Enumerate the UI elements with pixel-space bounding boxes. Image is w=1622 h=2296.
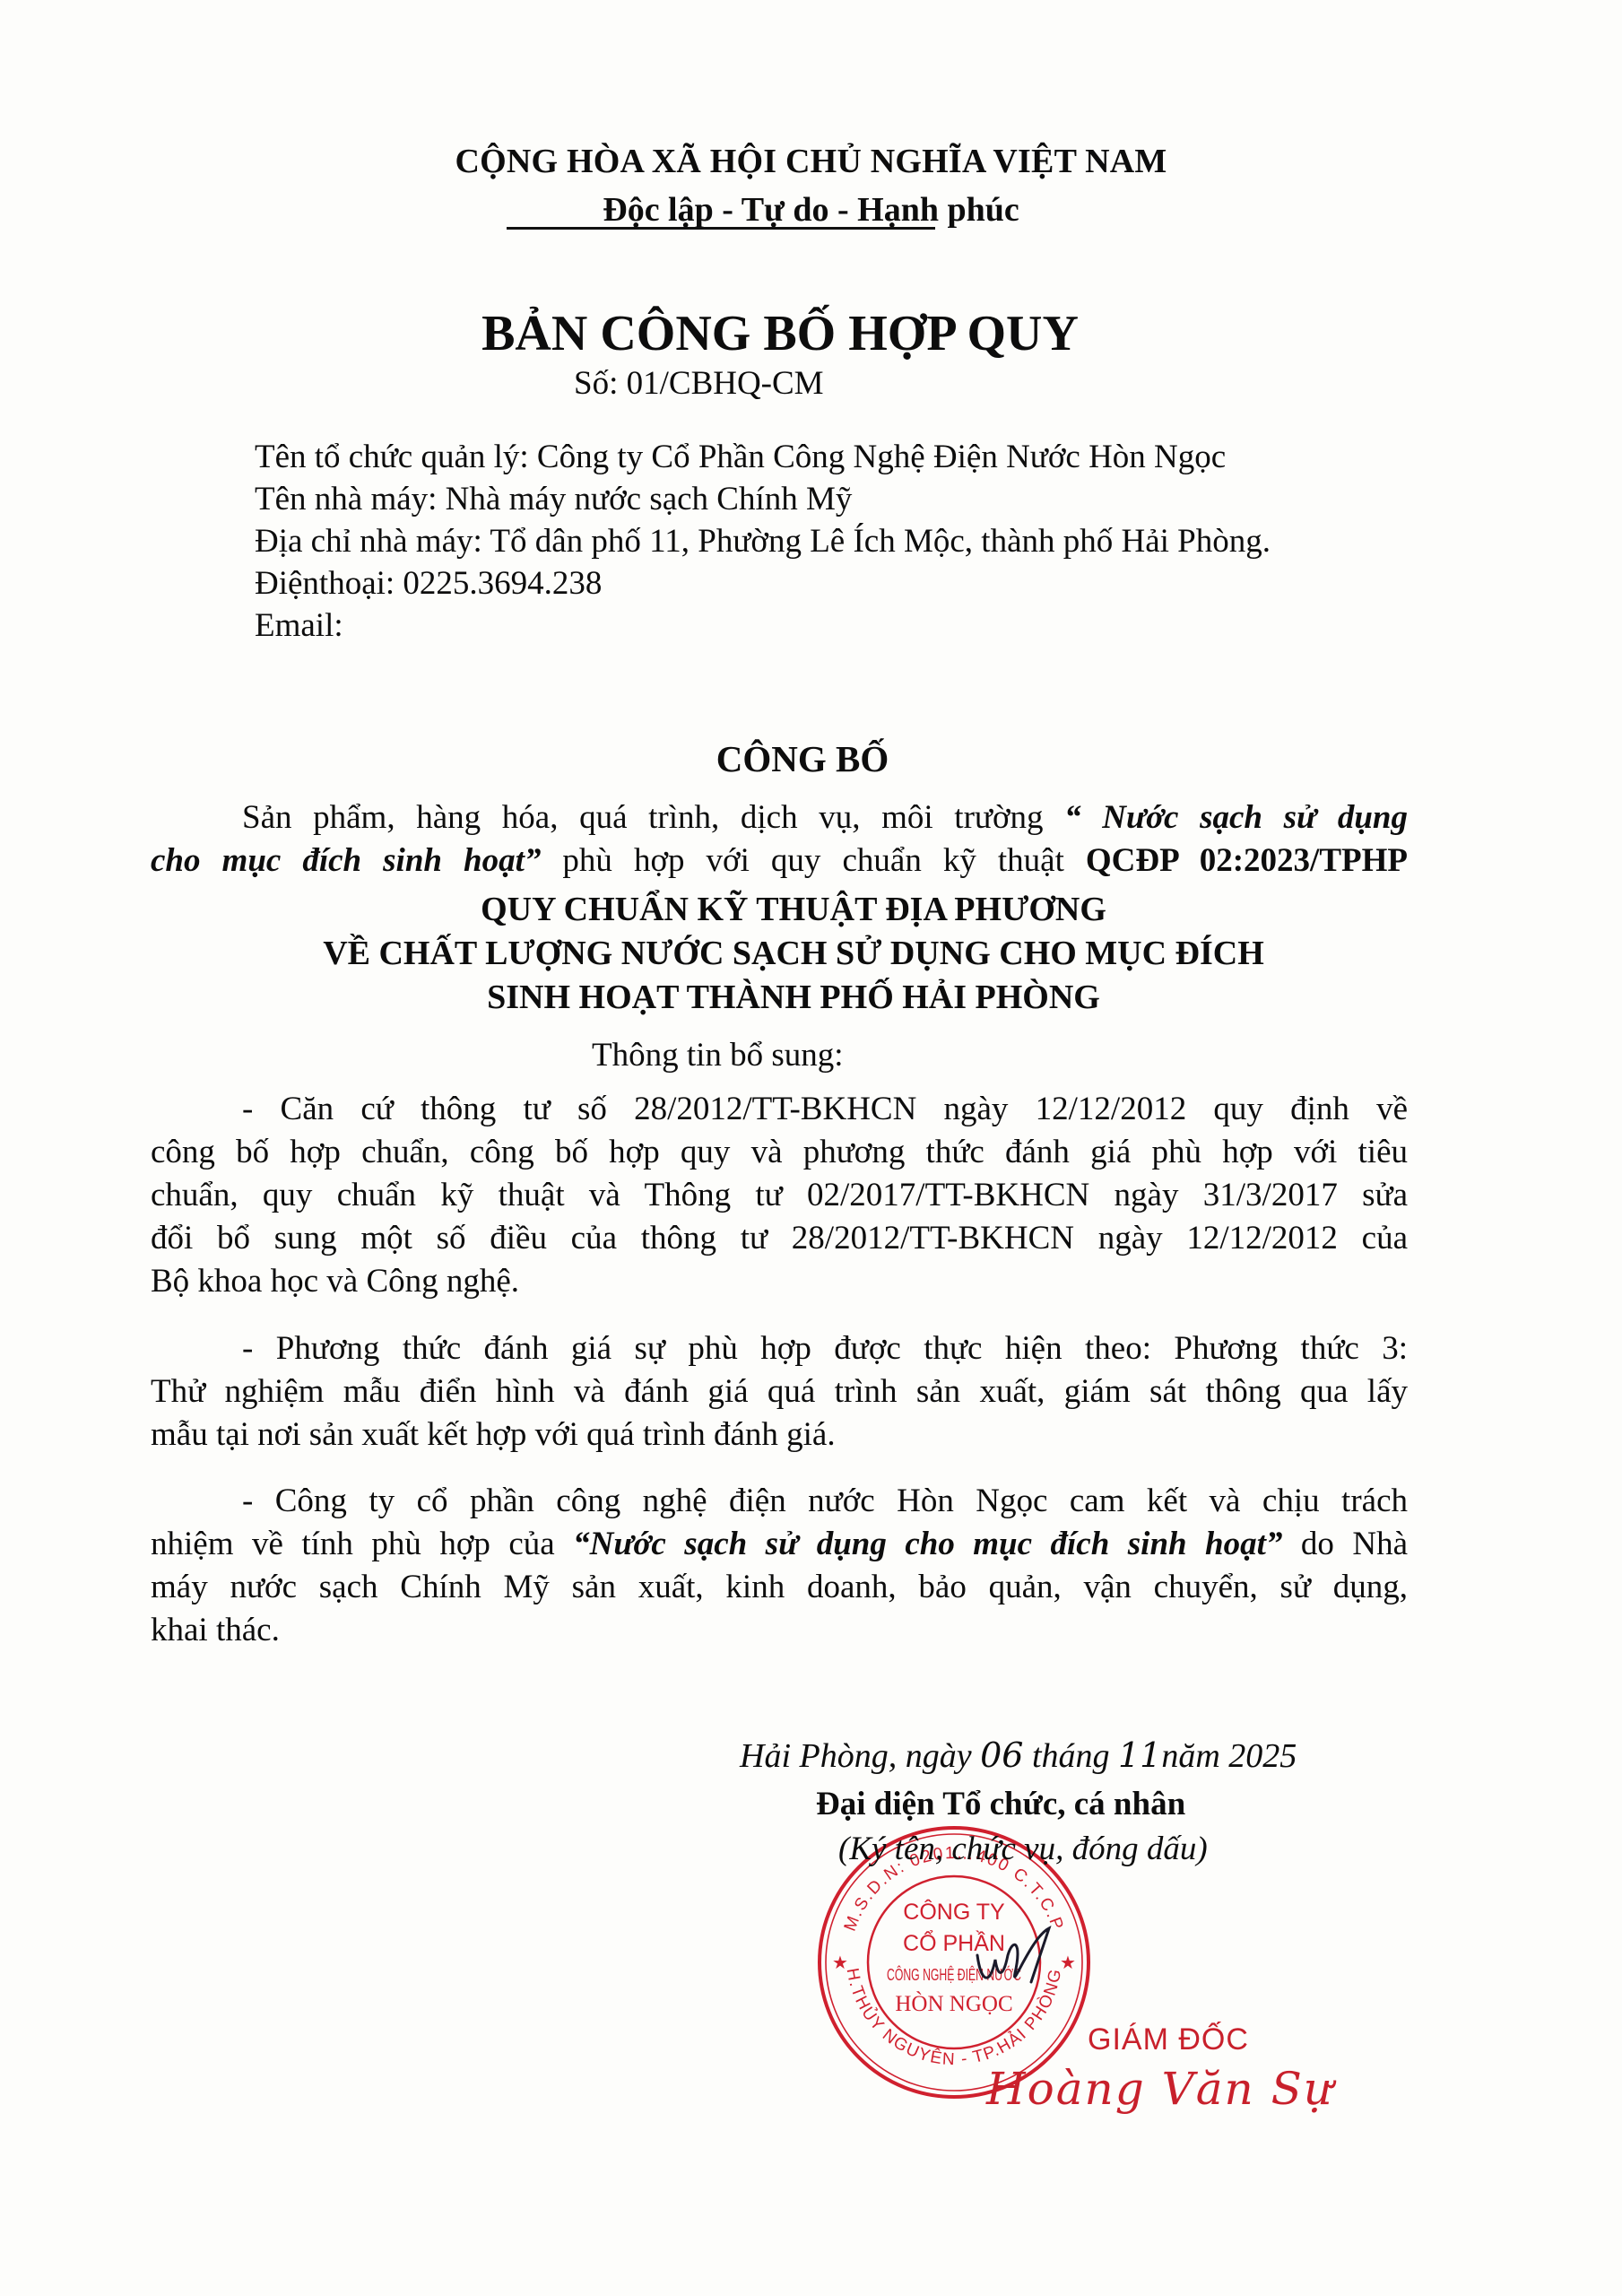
org-info-block: Tên tổ chức quản lý: Công ty Cổ Phần Côn… <box>255 436 1271 647</box>
signer-position: GIÁM ĐỐC <box>1088 2022 1249 2057</box>
paragraph-legal-basis: - Căn cứ thông tư số 28/2012/TT-BKHCN ng… <box>151 1088 1408 1303</box>
intro-text: Sản phẩm, hàng hóa, quá trình, dịch vụ, … <box>242 799 1064 836</box>
handwritten-signature-icon <box>968 1919 1058 2000</box>
paragraph-commitment: - Công ty cổ phần công nghệ điện nước Hò… <box>151 1480 1408 1652</box>
product-name: “Nước sạch sử dụng cho mục đích sinh hoạ… <box>573 1526 1282 1562</box>
regulation-line: SINH HOẠT THÀNH PHỐ HẢI PHÒNG <box>0 976 1587 1020</box>
paragraph-assessment-method: - Phương thức đánh giá sự phù hợp được t… <box>151 1327 1408 1457</box>
motto-underline <box>507 227 935 230</box>
date-month-handwritten: 11 <box>1118 1735 1161 1775</box>
regulation-line: QUY CHUẨN KỸ THUẬT ĐỊA PHƯƠNG <box>0 888 1587 932</box>
intro-line-2: cho mục đích sinh hoạt” phù hợp với quy … <box>151 839 1408 883</box>
month-label: tháng <box>1023 1737 1118 1775</box>
paragraph-line: nhiệm về tính phù hợp của “Nước sạch sử … <box>151 1523 1408 1566</box>
intro-text: phù hợp với quy chuẩn kỹ thuật <box>541 842 1086 879</box>
svg-text:★: ★ <box>832 1953 848 1973</box>
signing-date: Hải Phòng, ngày 06 tháng 11năm 2025 <box>740 1735 1297 1776</box>
paragraph-line: Bộ khoa học và Công nghệ. <box>151 1260 1408 1303</box>
document-number: Số: 01/CBHQ-CM <box>574 364 824 403</box>
paragraph-line: khai thác. <box>151 1609 1408 1652</box>
paragraph-line: - Căn cứ thông tư số 28/2012/TT-BKHCN ng… <box>151 1088 1408 1131</box>
paragraph-line: chuẩn, quy chuẩn kỹ thuật và Thông tư 02… <box>151 1174 1408 1217</box>
document-title: BẢN CÔNG BỐ HỢP QUY <box>0 305 1560 362</box>
product-name-cont: cho mục đích sinh hoạt” <box>151 842 541 879</box>
org-email: Email: <box>255 604 1271 647</box>
date-prefix: Hải Phòng, ngày <box>740 1737 980 1775</box>
svg-text:★: ★ <box>1060 1953 1076 1973</box>
paragraph-line: đổi bổ sung một số điều của thông tư 28/… <box>151 1217 1408 1260</box>
signature-note: (Ký tên, chức vụ, đóng dấu) <box>838 1830 1208 1868</box>
paragraph-line: - Công ty cổ phần công nghệ điện nước Hò… <box>151 1480 1408 1523</box>
paragraph-line: công bố hợp chuẩn, công bố hợp quy và ph… <box>151 1131 1408 1174</box>
national-title: CỘNG HÒA XÃ HỘI CHỦ NGHĨA VIỆT NAM <box>0 142 1622 181</box>
commitment-text: nhiệm về tính phù hợp của <box>151 1526 573 1562</box>
declaration-intro: Sản phẩm, hàng hóa, quá trình, dịch vụ, … <box>151 796 1408 883</box>
supplement-label: Thông tin bổ sung: <box>592 1036 844 1074</box>
representative-label: Đại diện Tổ chức, cá nhân <box>816 1785 1185 1823</box>
national-motto: Độc lập - Tự do - Hạnh phúc <box>0 190 1622 230</box>
paragraph-line: - Phương thức đánh giá sự phù hợp được t… <box>151 1327 1408 1370</box>
declaration-heading: CÔNG BỐ <box>0 737 1605 780</box>
regulation-line: VỀ CHẤT LƯỢNG NƯỚC SẠCH SỬ DỤNG CHO MỤC … <box>0 932 1587 976</box>
document-page: CỘNG HÒA XÃ HỘI CHỦ NGHĨA VIỆT NAM Độc l… <box>0 0 1622 2296</box>
paragraph-line: máy nước sạch Chính Mỹ sản xuất, kinh do… <box>151 1566 1408 1609</box>
org-factory: Tên nhà máy: Nhà máy nước sạch Chính Mỹ <box>255 478 1271 520</box>
org-phone: Điệnthoại: 0225.3694.238 <box>255 562 1271 604</box>
regulation-code: QCĐP 02:2023/TPHP <box>1086 842 1408 879</box>
regulation-title: QUY CHUẨN KỸ THUẬT ĐỊA PHƯƠNG VỀ CHẤT LƯ… <box>0 888 1587 1020</box>
paragraph-line: Thử nghiệm mẫu điển hình và đánh giá quá… <box>151 1370 1408 1413</box>
org-address: Địa chỉ nhà máy: Tổ dân phố 11, Phường L… <box>255 520 1271 562</box>
commitment-text: do Nhà <box>1282 1526 1408 1562</box>
paragraph-line: mẫu tại nơi sản xuất kết hợp với quá trì… <box>151 1413 1408 1457</box>
signer-name: Hoàng Văn Sự <box>986 2063 1334 2115</box>
product-name: “ Nước sạch sử dụng <box>1064 799 1408 836</box>
intro-line-1: Sản phẩm, hàng hóa, quá trình, dịch vụ, … <box>151 796 1408 839</box>
org-manager: Tên tổ chức quản lý: Công ty Cổ Phần Côn… <box>255 436 1271 478</box>
date-day-handwritten: 06 <box>980 1735 1023 1775</box>
year-label: năm 2025 <box>1161 1737 1297 1775</box>
